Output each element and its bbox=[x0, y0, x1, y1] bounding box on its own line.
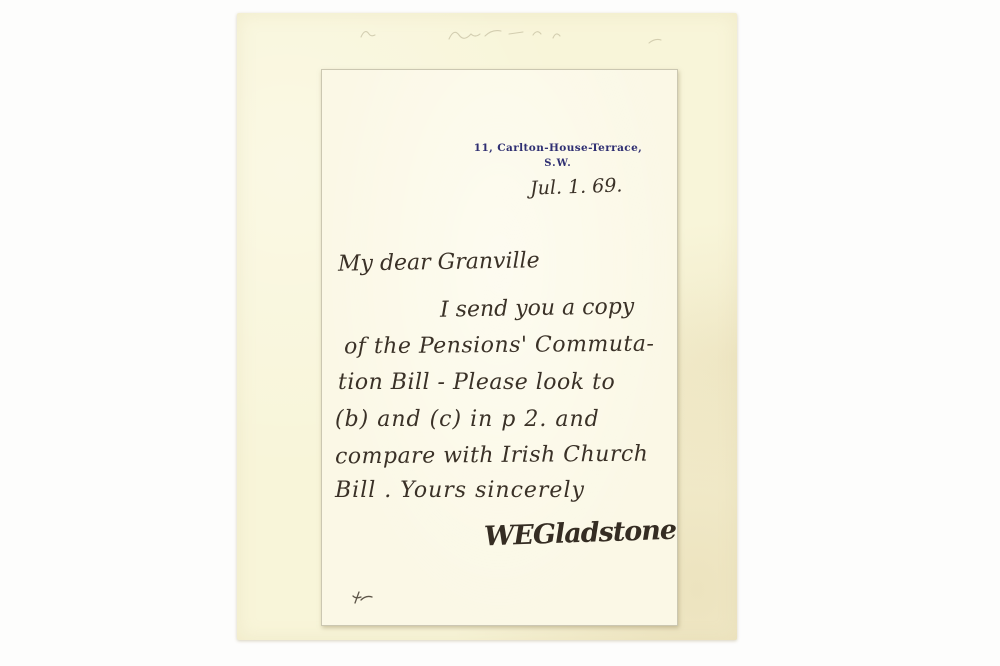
body-line: of the Pensions' Commuta- bbox=[344, 332, 655, 360]
letterhead-address: 11, Carlton-House-Terrace, bbox=[422, 140, 694, 156]
scan-canvas: 11, Carlton-House-Terrace, S.W. Jul. 1. … bbox=[0, 0, 1000, 666]
letterhead-district: S.W. bbox=[422, 156, 694, 172]
letter-page: 11, Carlton-House-Terrace, S.W. Jul. 1. … bbox=[321, 69, 678, 626]
signature: WEGladstone bbox=[484, 515, 677, 553]
body-line: I send you a copy bbox=[440, 294, 635, 322]
body-line: compare with Irish Church bbox=[335, 442, 649, 470]
body-line: tion Bill - Please look to bbox=[338, 370, 615, 395]
body-line: (b) and (c) in p 2. and bbox=[335, 407, 600, 432]
body-line: Bill . Yours sincerely bbox=[335, 478, 585, 503]
printed-letterhead: 11, Carlton-House-Terrace, S.W. bbox=[422, 140, 694, 172]
salutation: My dear Granville bbox=[338, 248, 540, 277]
backing-sheet: 11, Carlton-House-Terrace, S.W. Jul. 1. … bbox=[237, 13, 737, 640]
faint-pencil-note-icon bbox=[357, 21, 667, 49]
pencil-mark-icon bbox=[350, 590, 376, 606]
date-line: Jul. 1. 69. bbox=[530, 174, 623, 199]
